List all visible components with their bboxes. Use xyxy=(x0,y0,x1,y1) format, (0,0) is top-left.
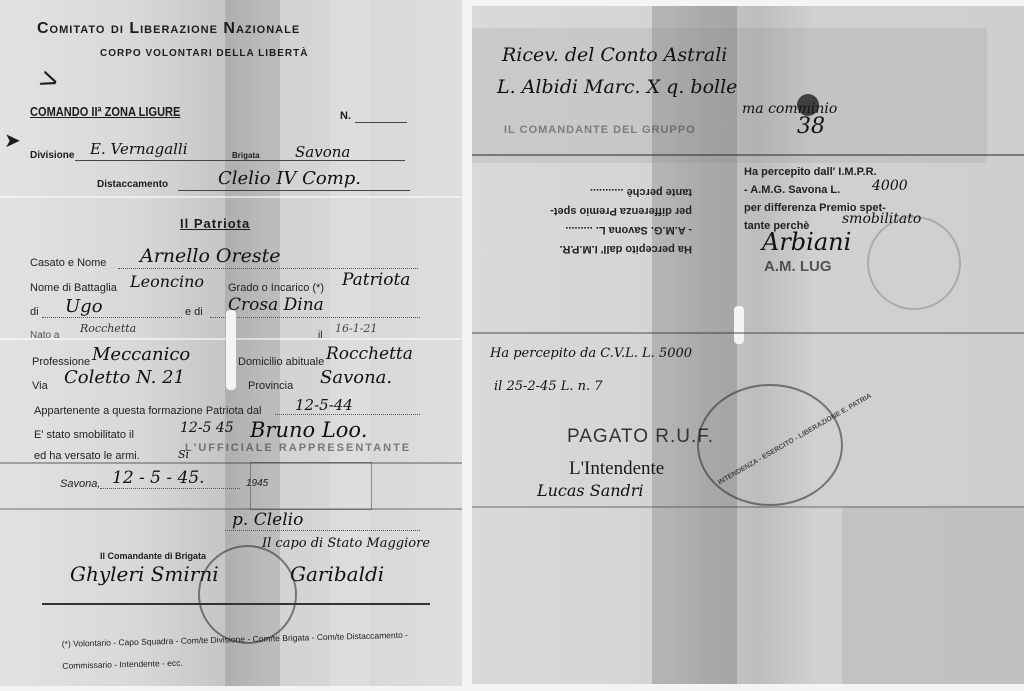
membership-line xyxy=(275,414,420,415)
paper-tear xyxy=(226,310,236,390)
number-label: N. xyxy=(340,110,351,122)
street-label: Via xyxy=(32,380,48,392)
grado-label: Grado o Incarico (*) xyxy=(228,282,324,294)
grado-value: Patriota xyxy=(342,270,410,290)
upside-line-1: Ha percepito dall' I.M.P.R. xyxy=(502,239,692,258)
weapons-value: Si xyxy=(178,448,189,461)
upside-line-2: - A.M.G. Savona L. ......... xyxy=(502,220,692,239)
demobilized-value: 12-5 45 xyxy=(180,420,234,436)
commander-label: Il Comandante di Brigata xyxy=(100,551,206,561)
signature-line xyxy=(225,530,420,531)
section-title: Il Patriota xyxy=(180,216,250,231)
staff-signature: Garibaldi xyxy=(290,562,384,586)
rectangular-stamp xyxy=(250,462,372,510)
intendente-label: L'Intendente xyxy=(569,458,664,480)
handwritten-note-line1: Ricev. del Conto Astrali xyxy=(502,44,727,66)
fold-line xyxy=(0,462,462,464)
fold-line xyxy=(472,332,1024,334)
distaccamento-line xyxy=(178,190,410,191)
footnote: (*) Volontario - Capo Squadra - Com/te D… xyxy=(61,623,432,677)
number-line xyxy=(355,122,407,123)
paper-tear xyxy=(734,306,744,344)
membership-label: Appartenente a questa formazione Patriot… xyxy=(34,405,261,417)
domicile-value: Rocchetta xyxy=(326,344,413,364)
brigata-label: Brigata xyxy=(232,151,260,160)
stamp-amount: 4000 xyxy=(872,178,908,194)
intendenza-round-stamp: INTENDENZA - ESERCITO - LIBERAZIONE E. P… xyxy=(697,384,843,506)
faded-round-stamp xyxy=(867,216,961,310)
payment-line-1: Ha percepito da C.V.L. L. 5000 xyxy=(490,346,692,361)
upside-line-4: tante perchè ........... xyxy=(502,182,692,201)
father-value: Ugo xyxy=(65,296,103,317)
officer-stamp: L'UFFICIALE RAPPRESENTANTE xyxy=(185,442,411,454)
weapons-label: ed ha versato le armi. xyxy=(34,450,140,462)
date-value: 12 - 5 - 45. xyxy=(112,468,205,488)
casato-label: Casato e Nome xyxy=(30,257,106,269)
place-label: Savona, xyxy=(60,478,100,490)
stamp-line-2: - A.M.G. Savona L. xyxy=(744,184,840,196)
birth-date-value: 16-1-21 xyxy=(335,322,377,335)
fold-line xyxy=(472,154,1024,156)
handwritten-note-line2: L. Albidi Marc. X q. bolle xyxy=(497,76,737,98)
battaglia-value: Leoncino xyxy=(130,272,204,291)
commander-signature: Ghyleri Smirni xyxy=(70,562,219,586)
father-line xyxy=(42,317,182,318)
stamp-line-1: Ha percepito dall' I.M.P.R. xyxy=(744,166,877,178)
distaccamento-label: Distaccamento xyxy=(97,179,168,190)
upside-line-3: per differenza Premio spet- xyxy=(502,201,692,220)
paid-stamp: PAGATO R.U.F. xyxy=(567,426,714,448)
brigata-value: Savona xyxy=(295,143,350,161)
faded-printed-heading: IL COMANDANTE DEL GRUPPO xyxy=(504,124,696,136)
distaccamento-value: Clelio IV Comp. xyxy=(218,168,361,189)
command-heading: COMANDO IIª ZONA LIGURE xyxy=(30,104,180,119)
profession-value: Meccanico xyxy=(92,344,190,365)
footer-rule xyxy=(42,603,430,605)
ink-blot xyxy=(797,94,819,116)
pointer-arrow-icon: ➤ xyxy=(4,128,21,153)
street-value: Coletto N. 21 xyxy=(64,367,185,388)
province-value: Savona. xyxy=(320,367,392,388)
membership-value: 12-5-44 xyxy=(295,396,353,414)
arrow-mark-icon: > xyxy=(35,62,63,100)
partisan-certificate-back: Ricev. del Conto Astrali L. Albidi Marc.… xyxy=(472,6,1024,684)
divisione-label: Divisione xyxy=(30,150,74,161)
handwritten-number: 38 xyxy=(797,114,825,139)
upside-down-stamp-block: Ha percepito dall' I.M.P.R. - A.M.G. Sav… xyxy=(502,178,692,258)
demobilized-label: E' stato smobilitato il xyxy=(34,429,134,441)
document-title: Comitato di Liberazione Nazionale xyxy=(37,20,300,38)
clelio-signature: p. Clelio xyxy=(232,510,303,530)
fold-line xyxy=(0,508,462,510)
divisione-line xyxy=(75,160,405,161)
birth-place-value: Rocchetta xyxy=(80,322,136,335)
document-subtitle: CORPO VOLONTARI DELLA LIBERTÀ xyxy=(100,48,308,59)
officer-signature: Bruno Loo. xyxy=(250,418,367,442)
stamp-signature: Arbiani xyxy=(762,228,851,256)
fold-line xyxy=(0,196,462,198)
mother-value: Crosa Dina xyxy=(228,295,324,315)
paper-stain xyxy=(842,506,1024,684)
domicile-label: Domicilio abituale xyxy=(238,356,324,368)
battaglia-label: Nome di Battaglia xyxy=(30,282,117,294)
payment-line-2: il 25-2-45 L. n. 7 xyxy=(494,379,603,394)
chief-of-staff-signature: Il capo di Stato Maggiore xyxy=(262,536,430,551)
province-label: Provincia xyxy=(248,380,293,392)
stamp-text: A.M. LUG xyxy=(764,258,832,275)
intendente-signature: Lucas Sandri xyxy=(537,481,644,500)
round-stamp-text: INTENDENZA - ESERCITO - LIBERAZIONE E. P… xyxy=(717,392,873,486)
divisione-value: E. Vernagalli xyxy=(90,140,188,158)
date-line xyxy=(100,488,240,489)
casato-value: Arnello Oreste xyxy=(140,245,280,267)
partisan-certificate-front: Comitato di Liberazione Nazionale CORPO … xyxy=(0,0,462,686)
father-label: di xyxy=(30,306,39,318)
mother-line xyxy=(210,317,420,318)
mother-label: e di xyxy=(185,306,203,318)
casato-line xyxy=(118,268,418,269)
